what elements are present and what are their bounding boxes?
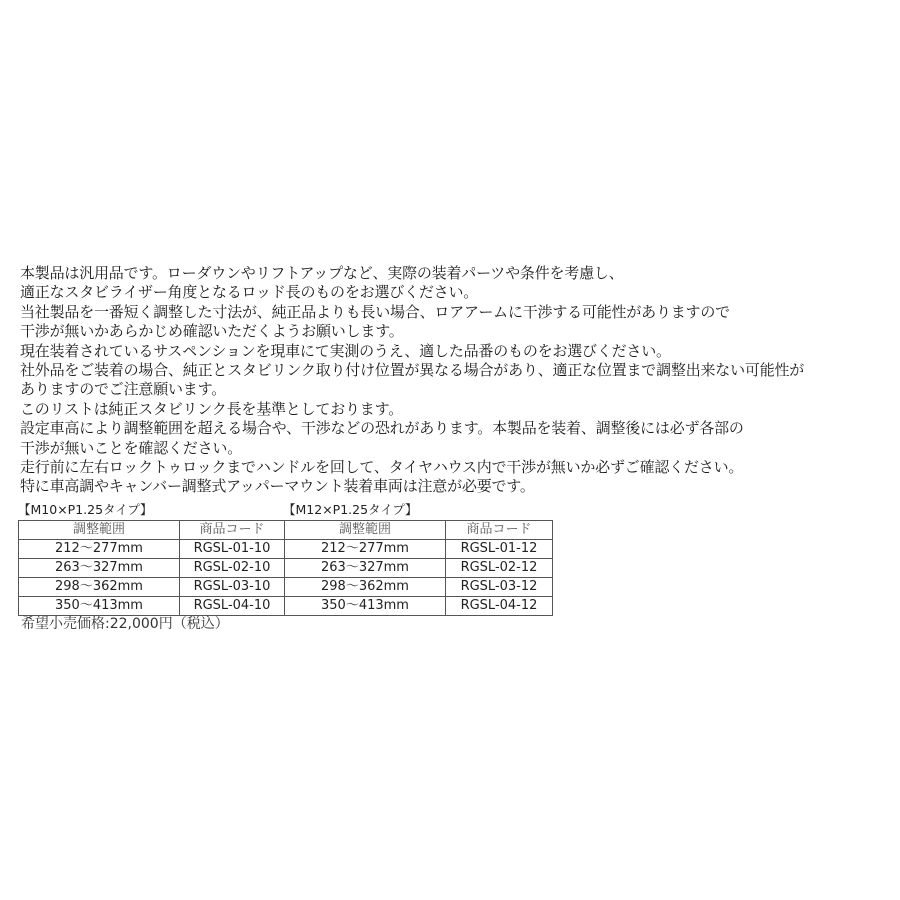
note-line: 現在装着されているサスペンションを現車にて実測のうえ、適した品番のものをお選びく… [20,342,900,361]
header-range-m10: 調整範囲 [19,521,180,540]
range-cell: 263～327mm [285,559,446,578]
product-notes: 本製品は汎用品です。ローダウンやリフトアップなど、実際の装着パーツや条件を考慮し… [20,264,900,497]
note-line: 干渉が無いことを確認ください。 [20,439,900,458]
code-cell: RGSL-04-12 [446,597,553,616]
range-cell: 298～362mm [285,578,446,597]
note-line: 本製品は汎用品です。ローダウンやリフトアップなど、実際の装着パーツや条件を考慮し… [20,264,900,283]
code-cell: RGSL-01-10 [180,540,285,559]
code-cell: RGSL-04-10 [180,597,285,616]
code-cell: RGSL-01-12 [446,540,553,559]
range-cell: 298～362mm [19,578,180,597]
note-line: 適正なスタビライザー角度となるロッド長のものをお選びください。 [20,283,900,302]
table-row: 263～327mm RGSL-02-10 263～327mm RGSL-02-1… [19,559,553,578]
range-cell: 350～413mm [285,597,446,616]
code-cell: RGSL-02-10 [180,559,285,578]
range-cell: 263～327mm [19,559,180,578]
spec-table: 調整範囲 商品コード 調整範囲 商品コード 212～277mm RGSL-01-… [18,520,553,616]
range-cell: 212～277mm [19,540,180,559]
note-line: 特に車高調やキャンバー調整式アッパーマウント装着車両は注意が必要です。 [20,477,900,496]
header-code-m12: 商品コード [446,521,553,540]
retail-price: 希望小売価格:22,000円（税込） [21,615,229,633]
note-line: 設定車高により調整範囲を超える場合や、干渉などの恐れがあります。本製品を装着、調… [20,419,900,438]
note-line: このリストは純正スタビリンク長を基準としております。 [20,400,900,419]
note-line: 干渉が無いかあらかじめ確認いただくようお願いします。 [20,322,900,341]
table-row: 298～362mm RGSL-03-10 298～362mm RGSL-03-1… [19,578,553,597]
header-code-m10: 商品コード [180,521,285,540]
table-header-row: 調整範囲 商品コード 調整範囲 商品コード [19,521,553,540]
header-range-m12: 調整範囲 [285,521,446,540]
table-row: 212～277mm RGSL-01-10 212～277mm RGSL-01-1… [19,540,553,559]
note-line: 当社製品を一番短く調整した寸法が、純正品よりも長い場合、ロアアームに干渉する可能… [20,303,900,322]
code-cell: RGSL-02-12 [446,559,553,578]
note-line: ありますのでご注意願います。 [20,380,900,399]
range-cell: 212～277mm [285,540,446,559]
range-cell: 350～413mm [19,597,180,616]
code-cell: RGSL-03-12 [446,578,553,597]
m12-type-label: 【M12×P1.25タイプ】 [283,502,418,518]
note-line: 社外品をご装着の場合、純正とスタビリンク取り付け位置が異なる場合があり、適正な位… [20,361,900,380]
table-row: 350～413mm RGSL-04-10 350～413mm RGSL-04-1… [19,597,553,616]
note-line: 走行前に左右ロックトゥロックまでハンドルを回して、タイヤハウス内で干渉が無いか必… [20,458,900,477]
code-cell: RGSL-03-10 [180,578,285,597]
m10-type-label: 【M10×P1.25タイプ】 [18,502,153,518]
